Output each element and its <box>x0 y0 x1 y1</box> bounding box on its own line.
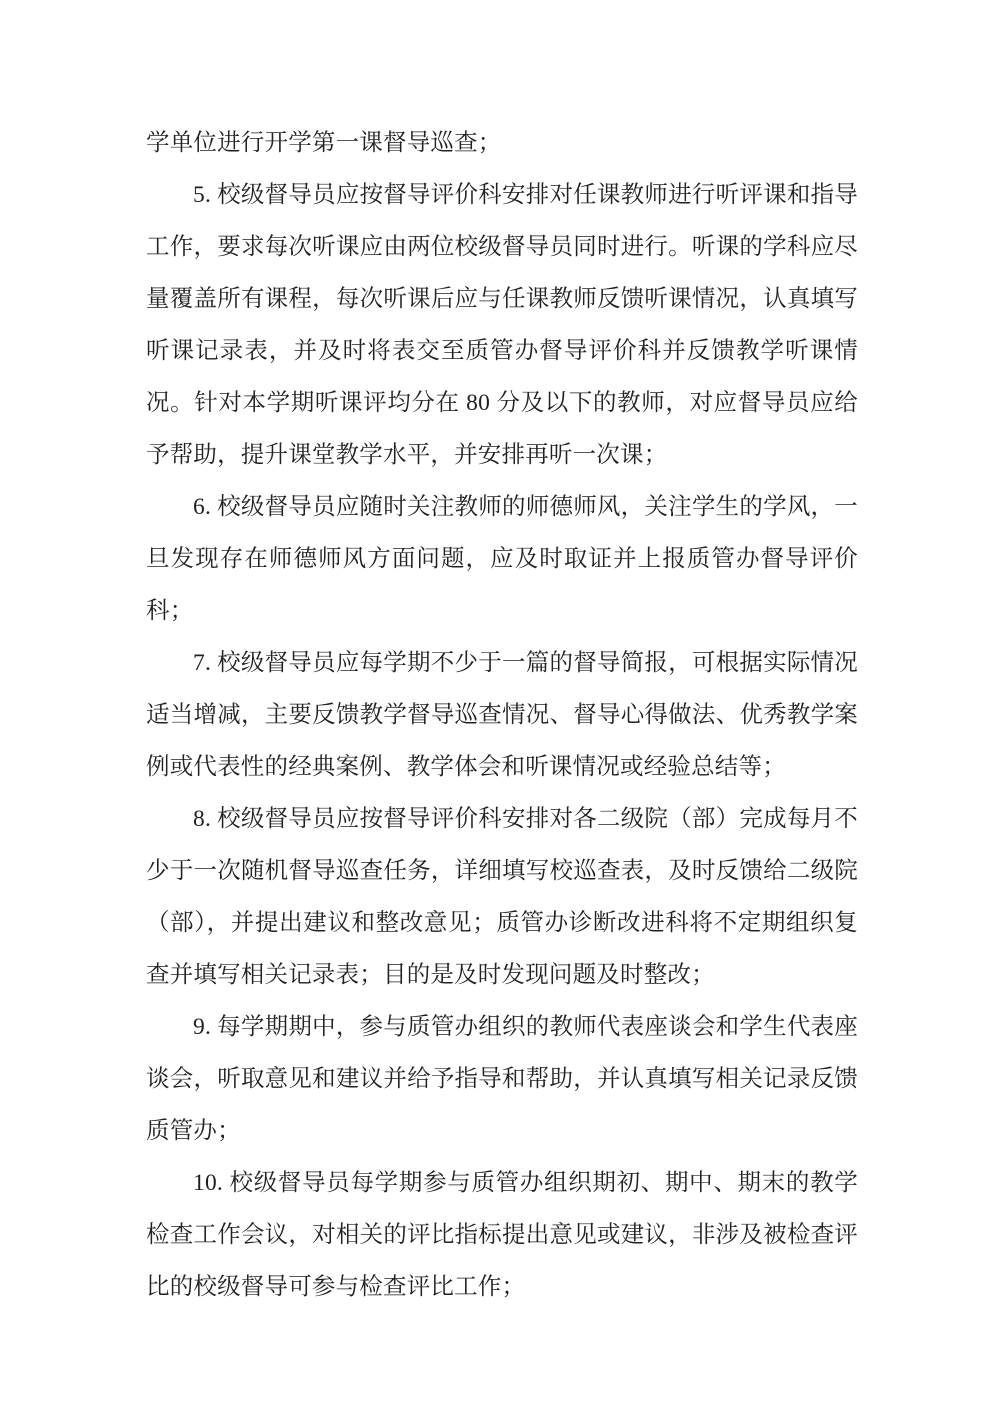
paragraph-continuation: 学单位进行开学第一课督导巡查； <box>146 117 858 169</box>
list-item-8: 8. 校级督导员应按督导评价科安排对各二级院（部）完成每月不少于一次随机督导巡查… <box>146 793 858 1001</box>
list-item-10: 10. 校级督导员每学期参与质管办组织期初、期中、期末的教学检查工作会议，对相关… <box>146 1157 858 1313</box>
list-item-7: 7. 校级督导员应每学期不少于一篇的督导简报，可根据实际情况适当增减，主要反馈教… <box>146 637 858 793</box>
list-item-5: 5. 校级督导员应按督导评价科安排对任课教师进行听评课和指导工作，要求每次听课应… <box>146 169 858 481</box>
list-item-9: 9. 每学期期中，参与质管办组织的教师代表座谈会和学生代表座谈会，听取意见和建议… <box>146 1001 858 1157</box>
document-page: 学单位进行开学第一课督导巡查； 5. 校级督导员应按督导评价科安排对任课教师进行… <box>0 0 992 1403</box>
list-item-6: 6. 校级督导员应随时关注教师的师德师风，关注学生的学风，一旦发现存在师德师风方… <box>146 481 858 637</box>
